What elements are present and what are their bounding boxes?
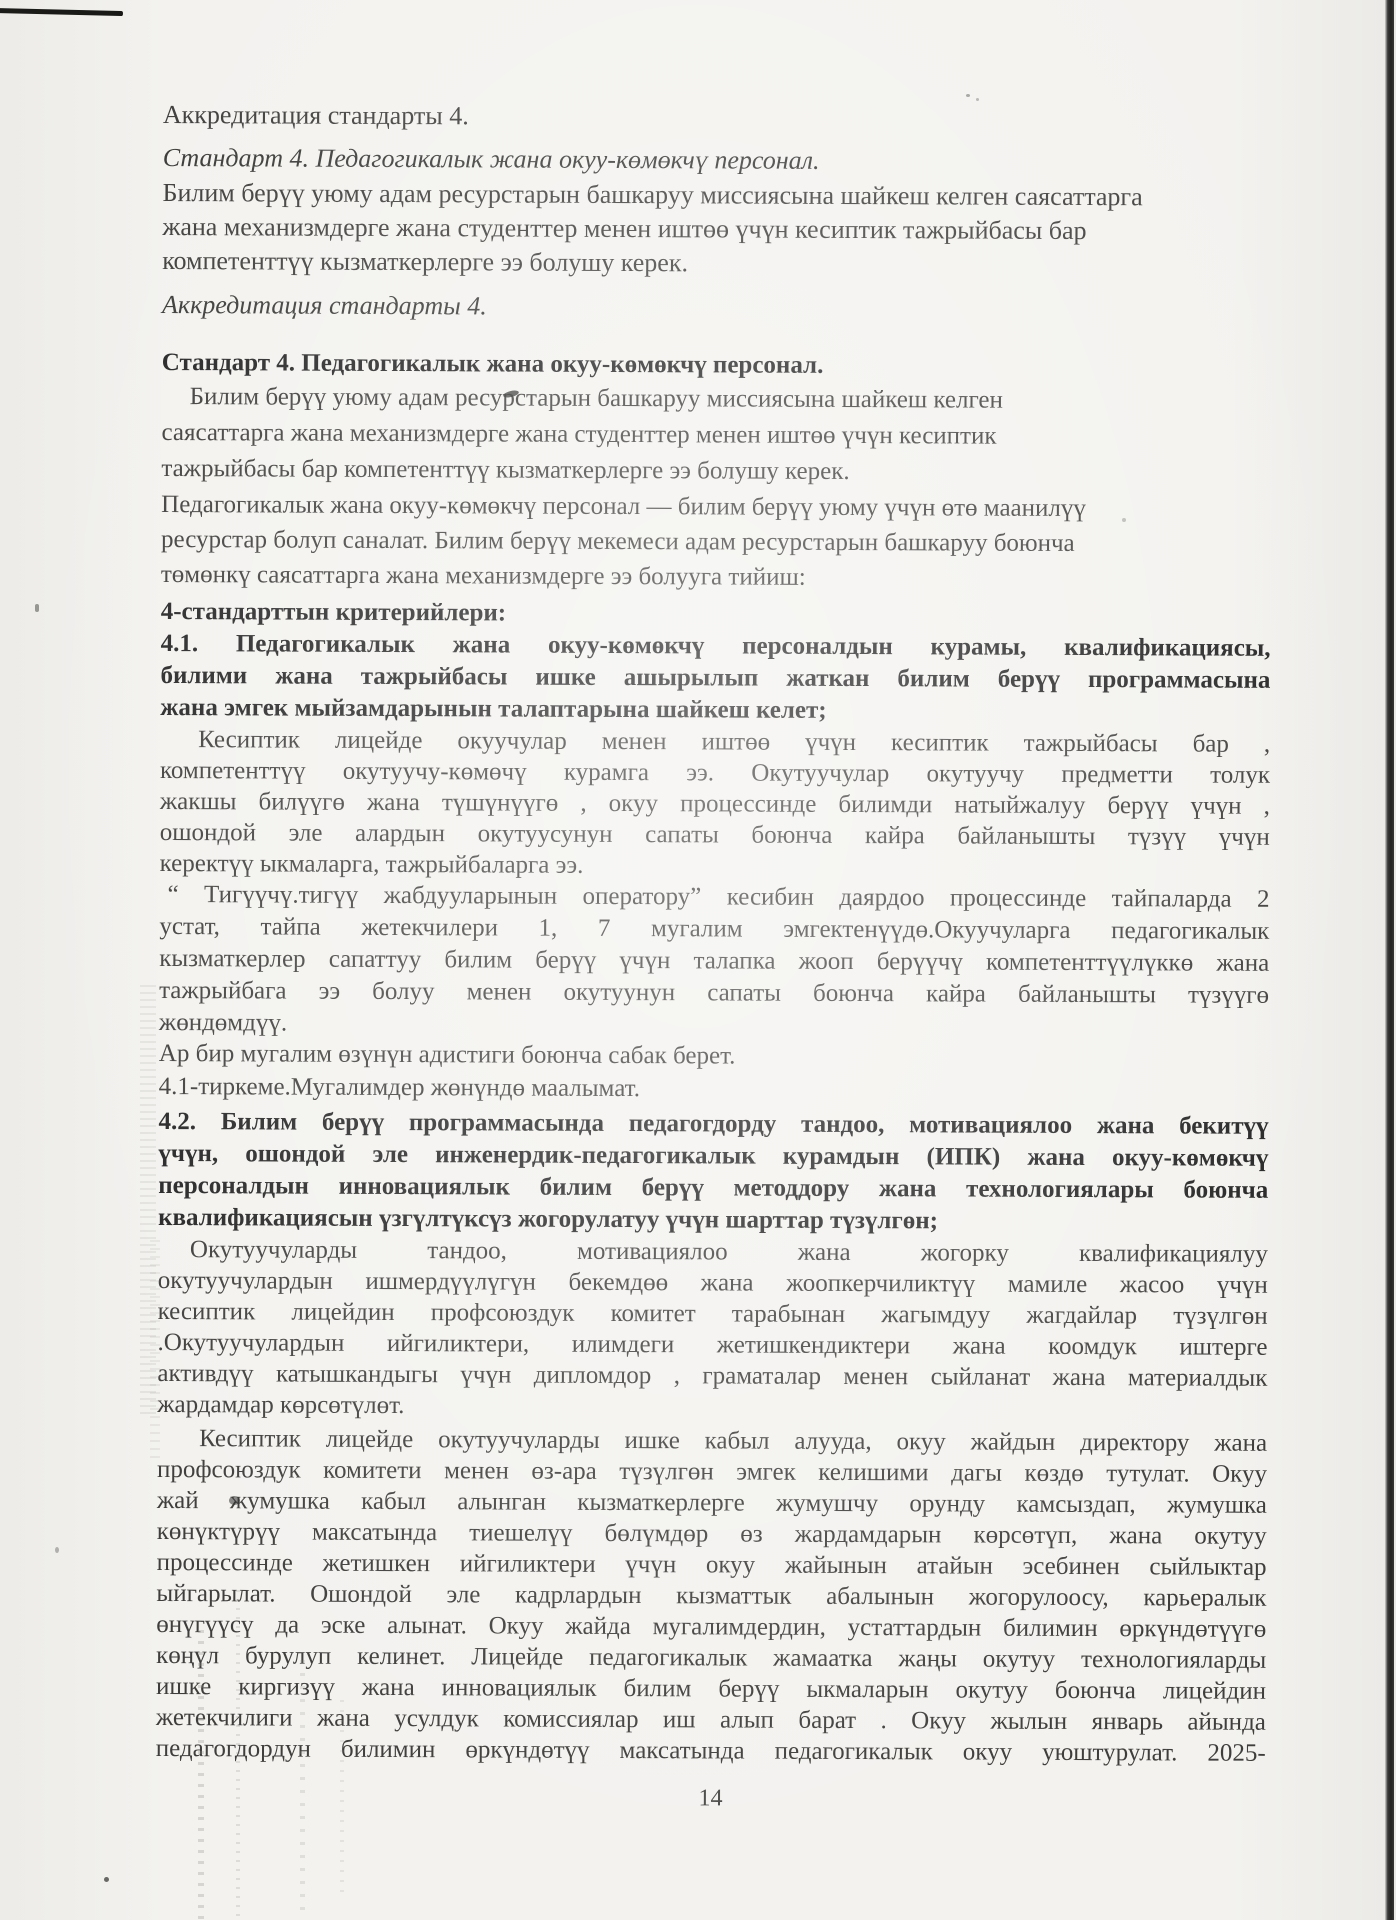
text-line: 4.2. Билим берүү программасында педагогд… [158, 1106, 1268, 1143]
text-line: көңүл бурулуп келинет. Лицейде педагогик… [156, 1640, 1266, 1676]
text-line: керектүү ыкмаларга, тажрыйбаларга ээ. [160, 848, 1270, 884]
text-line: тажрыйбага ээ болуу менен окутуунун сапа… [159, 975, 1269, 1012]
text-line: 4.1-тиркеме.Мугалимдер жөнүндө маалымат. [159, 1072, 1269, 1107]
text-line: кесиптик лицейдин профсоюздук комитет та… [158, 1296, 1268, 1332]
appendix-4-1-line: 4.1-тиркеме.Мугалимдер жөнүндө маалымат. [159, 1072, 1269, 1107]
text-line: ошондой эле алардын окутуусунун сапаты б… [160, 817, 1270, 853]
text-line: ыйгарылат. Ошондой эле кадрлардын кызмат… [156, 1578, 1266, 1614]
personnel-importance-paragraph: Педагогикалык жана окуу-көмөкчү персонал… [161, 487, 1271, 597]
document-body: Аккредитация стандарты 4.Стандарт 4. Пед… [156, 96, 1273, 1816]
mission-paragraph: Билим берүү уюму адам ресурстарын башкар… [161, 379, 1271, 492]
text-line: процессинде жетишкен ийгиликтери үчүн ок… [157, 1547, 1267, 1583]
scan-noise-streak [140, 985, 156, 1415]
text-line: жана эмгек мыйзамдарынын талаптарына шай… [160, 692, 1270, 729]
page-number: 14 [156, 1781, 1266, 1816]
text-line: өнүгүүсү да эске алынат. Окуу жайда муга… [156, 1609, 1266, 1645]
seamstress-profession-paragraph: “ Тигүүчү.тигүү жабдууларынын оператору”… [159, 879, 1270, 1044]
scan-speck [35, 604, 39, 612]
text-line: көнүктүрүү максатында тиешелүү бөлүмдөр … [157, 1516, 1267, 1552]
text-line: Билим берүү уюму адам ресурстарын башкар… [162, 379, 1272, 420]
standard-4-heading: Стандарт 4. Педагогикалык жана окуу-көмө… [162, 347, 1272, 384]
scan-speck [1122, 518, 1126, 522]
criterion-4-1: 4.1. Педагогикалык жана окуу-көмөкчү пер… [160, 628, 1270, 729]
text-line: “ Тигүүчү.тигүү жабдууларынын оператору”… [159, 879, 1269, 916]
scan-speck [976, 98, 979, 101]
text-line: ишке киргизүү жана инновациялык билим бе… [156, 1671, 1266, 1707]
text-line: Аккредитация стандарты 4. [163, 96, 1273, 138]
accreditation-note-2: Аккредитация стандарты 4. [162, 287, 1272, 328]
text-line: Кесиптик лицейде окуучулар менен иштөө ү… [160, 724, 1270, 760]
text-line: ресурстар болуп саналат. Билим берүү мек… [161, 522, 1271, 562]
scan-right-edge-bar [1385, 0, 1394, 1920]
scan-speck [104, 1877, 109, 1882]
text-line: .Окутуучулардын ийгиликтери, илимдеги же… [157, 1327, 1267, 1363]
text-line: төмөнкү саясаттарга жана механизмдерге э… [161, 557, 1271, 597]
teacher-motivation-paragraph: Окутуучуларды тандоо, мотивациялоо жана … [157, 1234, 1268, 1425]
text-line: тажрыйбасы бар компетенттүү кызматкерлер… [161, 451, 1271, 492]
text-line: профсоюздук комитети менен өз-ара түзүлг… [157, 1454, 1267, 1490]
text-line: Стандарт 4. Педагогикалык жана окуу-көмө… [162, 347, 1272, 384]
text-line: саясаттарга жана механизмдерге жана студ… [161, 415, 1271, 456]
text-line: жетекчилиги жана усулдук комиссиялар иш … [156, 1702, 1266, 1738]
text-line: активдүү катышкандыгы үчүн дипломдор , г… [157, 1358, 1267, 1394]
text-line: компетенттүү окутуучу-көмөчү курамга ээ.… [160, 755, 1270, 791]
text-line: билими жана тажрыйбасы ишке ашырылып жат… [160, 660, 1270, 697]
hiring-paragraph: Кесиптик лицейде окутуучуларды ишке кабы… [156, 1423, 1267, 1769]
accreditation-note: Аккредитация стандарты 4. [163, 96, 1273, 138]
scan-speck [966, 94, 970, 97]
text-line: компетенттүү кызматкерлерге ээ болушу ке… [162, 244, 1272, 283]
teacher-specialty-line: Ар бир мугалим өзүнүн адистиги боюнча са… [159, 1039, 1269, 1074]
standard-title-italic: Стандарт 4. Педагогикалык жана окуу-көмө… [163, 139, 1273, 181]
text-line: квалификациясын үзгүлтүксүз жогорулатуу … [158, 1202, 1268, 1239]
text-line: жардамдар көрсөтүлөт. [157, 1389, 1267, 1425]
text-line: Педагогикалык жана окуу-көмөкчү персонал… [161, 487, 1271, 527]
scan-corner-line-artifact [0, 8, 123, 16]
text-line: 4.1. Педагогикалык жана окуу-көмөкчү пер… [161, 628, 1271, 665]
text-line: жай жумушка кабыл алынган кызматкерлерге… [157, 1485, 1267, 1521]
text-line: жөндөмдүү. [159, 1007, 1269, 1044]
text-line: персоналдын инновациялык билим берүү мет… [158, 1170, 1268, 1207]
text-line: Аккредитация стандарты 4. [162, 287, 1272, 328]
scan-smudge [229, 1496, 240, 1505]
text-line: Стандарт 4. Педагогикалык жана окуу-көмө… [163, 139, 1273, 181]
lyceum-staff-paragraph: Кесиптик лицейде окуучулар менен иштөө ү… [160, 724, 1271, 884]
text-line: жана механизмдерге жана студенттер менен… [162, 210, 1272, 249]
text-line: кызматкерлер сапаттуу билим берүү үчүн т… [159, 943, 1269, 980]
text-line: устат, тайпа жетекчилери 1, 7 мугалим эм… [159, 911, 1269, 948]
text-line: үчүн, ошондой эле инженердик-педагогикал… [158, 1138, 1268, 1175]
criterion-4-2: 4.2. Билим берүү программасында педагогд… [158, 1106, 1269, 1239]
text-line: Билим берүү уюму адам ресурстарын башкар… [163, 176, 1273, 215]
criteria-heading: 4-стандарттын критерийлери: [161, 596, 1271, 633]
text-line: Кесиптик лицейде окутуучуларды ишке кабы… [157, 1423, 1267, 1459]
scan-speck [55, 1547, 59, 1553]
intro-paragraph: Билим берүү уюму адам ресурстарын башкар… [162, 176, 1272, 283]
text-line: окутуучулардын ишмердүүлүгүн бекемдөө жа… [158, 1265, 1268, 1301]
text-line: 4-стандарттын критерийлери: [161, 596, 1271, 633]
text-line: Окутуучуларды тандоо, мотивациялоо жана … [158, 1234, 1268, 1270]
text-line: жакшы билүүгө жана түшүнүүгө , окуу проц… [160, 786, 1270, 822]
text-line: педагогдордун билимин өркүндөтүү максаты… [156, 1733, 1266, 1769]
scanned-document-page: Аккредитация стандарты 4.Стандарт 4. Пед… [0, 0, 1396, 1920]
text-line: Ар бир мугалим өзүнүн адистиги боюнча са… [159, 1039, 1269, 1074]
